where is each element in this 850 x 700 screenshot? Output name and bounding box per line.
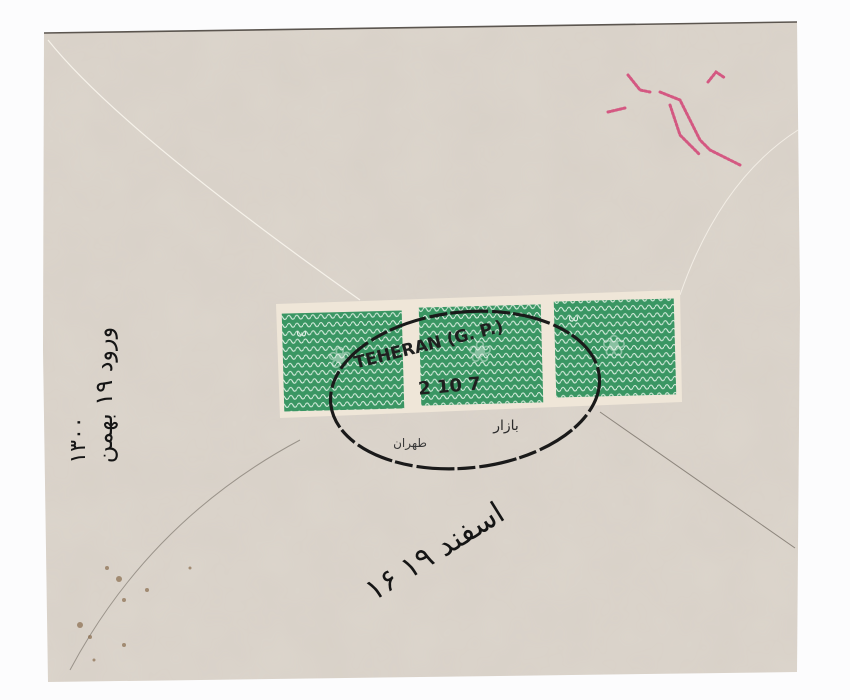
svg-text:❀: ❀ (601, 329, 626, 364)
stamp-3: ❀ 3 (554, 298, 676, 397)
postmark-persian-1: بازار (492, 418, 519, 434)
stamp-denomination: 3 (294, 330, 308, 338)
svg-text:3: 3 (566, 315, 580, 323)
postmark-persian-2: طهران (393, 436, 427, 451)
stamp-strip: ❀ 3 ❀ ❀ 3 (276, 290, 682, 418)
svg-text:۱۳۰۰: ۱۳۰۰ (66, 416, 91, 463)
envelope-photo: ❀ 3 ❀ ❀ 3 TEHERAN (G. P.) 2 10 7 بازار ط… (0, 0, 850, 700)
svg-text:ورود ۱۹ بهمن: ورود ۱۹ بهمن (90, 327, 118, 463)
